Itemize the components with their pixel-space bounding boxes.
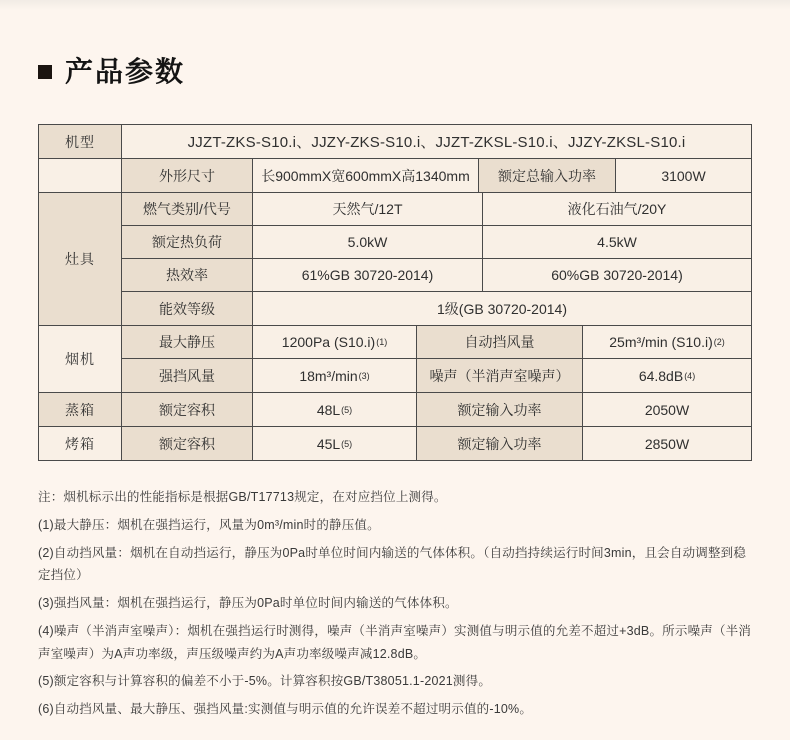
title-bullet-square-icon — [38, 65, 52, 79]
table-row-thermal-efficiency: 热效率 61%GB 30720-2014) 60%GB 30720-2014) — [122, 259, 751, 292]
note-5: (5)额定容积与计算容积的偏差不小于-5%。计算容积按GB/T38051.1-2… — [38, 670, 754, 693]
table-row-oven: 额定容积 45L(5) 额定输入功率 2850W — [122, 427, 751, 460]
thermal-efficiency-natural-gas-cell: 61%GB 30720-2014) — [253, 259, 483, 291]
auto-airflow-label-cell: 自动挡风量 — [417, 326, 583, 358]
model-label-cell: 机型 — [39, 125, 122, 158]
note-intro: 注：烟机标示出的性能指标是根据GB/T17713规定，在对应挡位上测得。 — [38, 486, 754, 509]
oven-power-label-cell: 额定输入功率 — [417, 427, 583, 460]
table-row-heat-load: 额定热负荷 5.0kW 4.5kW — [122, 226, 751, 259]
steamer-group-label-cell: 蒸箱 — [39, 393, 122, 426]
section-header: 产品参数 — [38, 58, 752, 86]
section-stove: 灶具 燃气类别/代号 天然气/12T 液化石油气/20Y 额定热负荷 5.0kW… — [39, 193, 751, 326]
oven-power-value-cell: 2850W — [583, 427, 751, 460]
energy-rating-value-cell: 1级(GB 30720-2014) — [253, 292, 751, 325]
table-row-hood-strong-airflow: 强挡风量 18m³/min(3) 噪声（半消声室噪声） 64.8dB(4) — [122, 359, 751, 392]
gas-type-natural-gas-cell: 天然气/12T — [253, 193, 483, 225]
energy-rating-label-cell: 能效等级 — [122, 292, 253, 325]
section-steamer: 蒸箱 额定容积 48L(5) 额定输入功率 2050W — [39, 393, 751, 427]
section-hood: 烟机 最大静压 1200Pa (S10.i)(1) 自动挡风量 25m³/min… — [39, 326, 751, 393]
strong-airflow-label-cell: 强挡风量 — [122, 359, 253, 392]
footnotes: 注：烟机标示出的性能指标是根据GB/T17713规定，在对应挡位上测得。 (1)… — [38, 486, 754, 721]
oven-volume-label-cell: 额定容积 — [122, 427, 253, 460]
page-title: 产品参数 — [65, 58, 185, 86]
total-power-value-cell: 3100W — [616, 159, 751, 192]
noise-value-cell: 64.8dB(4) — [583, 359, 751, 392]
steamer-volume-label-cell: 额定容积 — [122, 393, 253, 426]
heat-load-lpg-cell: 4.5kW — [483, 226, 751, 258]
oven-volume-value-cell: 45L(5) — [253, 427, 417, 460]
thermal-efficiency-lpg-cell: 60%GB 30720-2014) — [483, 259, 751, 291]
dimensions-label-cell: 外形尺寸 — [122, 159, 253, 192]
table-row-dimensions: 外形尺寸 长900mmX宽600mmX高1340mm 额定总输入功率 3100W — [122, 159, 751, 192]
section-model: 机型 JJZT-ZKS-S10.i、JJZY-ZKS-S10.i、JJZT-ZK… — [39, 125, 751, 159]
table-row-gas-type: 燃气类别/代号 天然气/12T 液化石油气/20Y — [122, 193, 751, 226]
table-row-steamer: 额定容积 48L(5) 额定输入功率 2050W — [122, 393, 751, 426]
oven-group-label-cell: 烤箱 — [39, 427, 122, 460]
steamer-volume-value-cell: 48L(5) — [253, 393, 417, 426]
static-pressure-label-cell: 最大静压 — [122, 326, 253, 358]
section-oven: 烤箱 额定容积 45L(5) 额定输入功率 2850W — [39, 427, 751, 460]
noise-label-cell: 噪声（半消声室噪声） — [417, 359, 583, 392]
top-fade-strip — [0, 0, 790, 10]
section-dimensions: 外形尺寸 长900mmX宽600mmX高1340mm 额定总输入功率 3100W — [39, 159, 751, 193]
model-value-cell: JJZT-ZKS-S10.i、JJZY-ZKS-S10.i、JJZT-ZKSL-… — [122, 125, 751, 158]
hood-group-label-cell: 烟机 — [39, 326, 122, 392]
thermal-efficiency-label-cell: 热效率 — [122, 259, 253, 291]
heat-load-label-cell: 额定热负荷 — [122, 226, 253, 258]
static-pressure-value-cell: 1200Pa (S10.i)(1) — [253, 326, 417, 358]
note-3: (3)强挡风量：烟机在强挡运行，静压为0Pa时单位时间内输送的气体体积。 — [38, 592, 754, 615]
gas-type-lpg-cell: 液化石油气/20Y — [483, 193, 751, 225]
dimensions-group-empty-cell — [39, 159, 122, 192]
product-spec-page: 产品参数 机型 JJZT-ZKS-S10.i、JJZY-ZKS-S10.i、JJ… — [0, 58, 790, 721]
total-power-label-cell: 额定总输入功率 — [479, 159, 616, 192]
stove-group-label-cell: 灶具 — [39, 193, 122, 325]
note-6: (6)自动挡风量、最大静压、强挡风量:实测值与明示值的允许误差不超过明示值的-1… — [38, 698, 754, 721]
steamer-power-label-cell: 额定输入功率 — [417, 393, 583, 426]
heat-load-natural-gas-cell: 5.0kW — [253, 226, 483, 258]
steamer-power-value-cell: 2050W — [583, 393, 751, 426]
auto-airflow-value-cell: 25m³/min (S10.i)(2) — [583, 326, 751, 358]
table-row-energy-rating: 能效等级 1级(GB 30720-2014) — [122, 292, 751, 325]
strong-airflow-value-cell: 18m³/min(3) — [253, 359, 417, 392]
gas-type-label-cell: 燃气类别/代号 — [122, 193, 253, 225]
product-spec-table: 机型 JJZT-ZKS-S10.i、JJZY-ZKS-S10.i、JJZT-ZK… — [38, 124, 752, 461]
note-1: (1)最大静压：烟机在强挡运行，风量为0m³/min时的静压值。 — [38, 514, 754, 537]
dimensions-value-cell: 长900mmX宽600mmX高1340mm — [253, 159, 479, 192]
table-row-model: JJZT-ZKS-S10.i、JJZY-ZKS-S10.i、JJZT-ZKSL-… — [122, 125, 751, 158]
note-4: (4)噪声（半消声室噪声）：烟机在强挡运行时测得，噪声（半消声室噪声）实测值与明… — [38, 620, 754, 666]
table-row-hood-static-pressure: 最大静压 1200Pa (S10.i)(1) 自动挡风量 25m³/min (S… — [122, 326, 751, 359]
note-2: (2)自动挡风量：烟机在自动挡运行，静压为0Pa时单位时间内输送的气体体积。（自… — [38, 542, 754, 588]
